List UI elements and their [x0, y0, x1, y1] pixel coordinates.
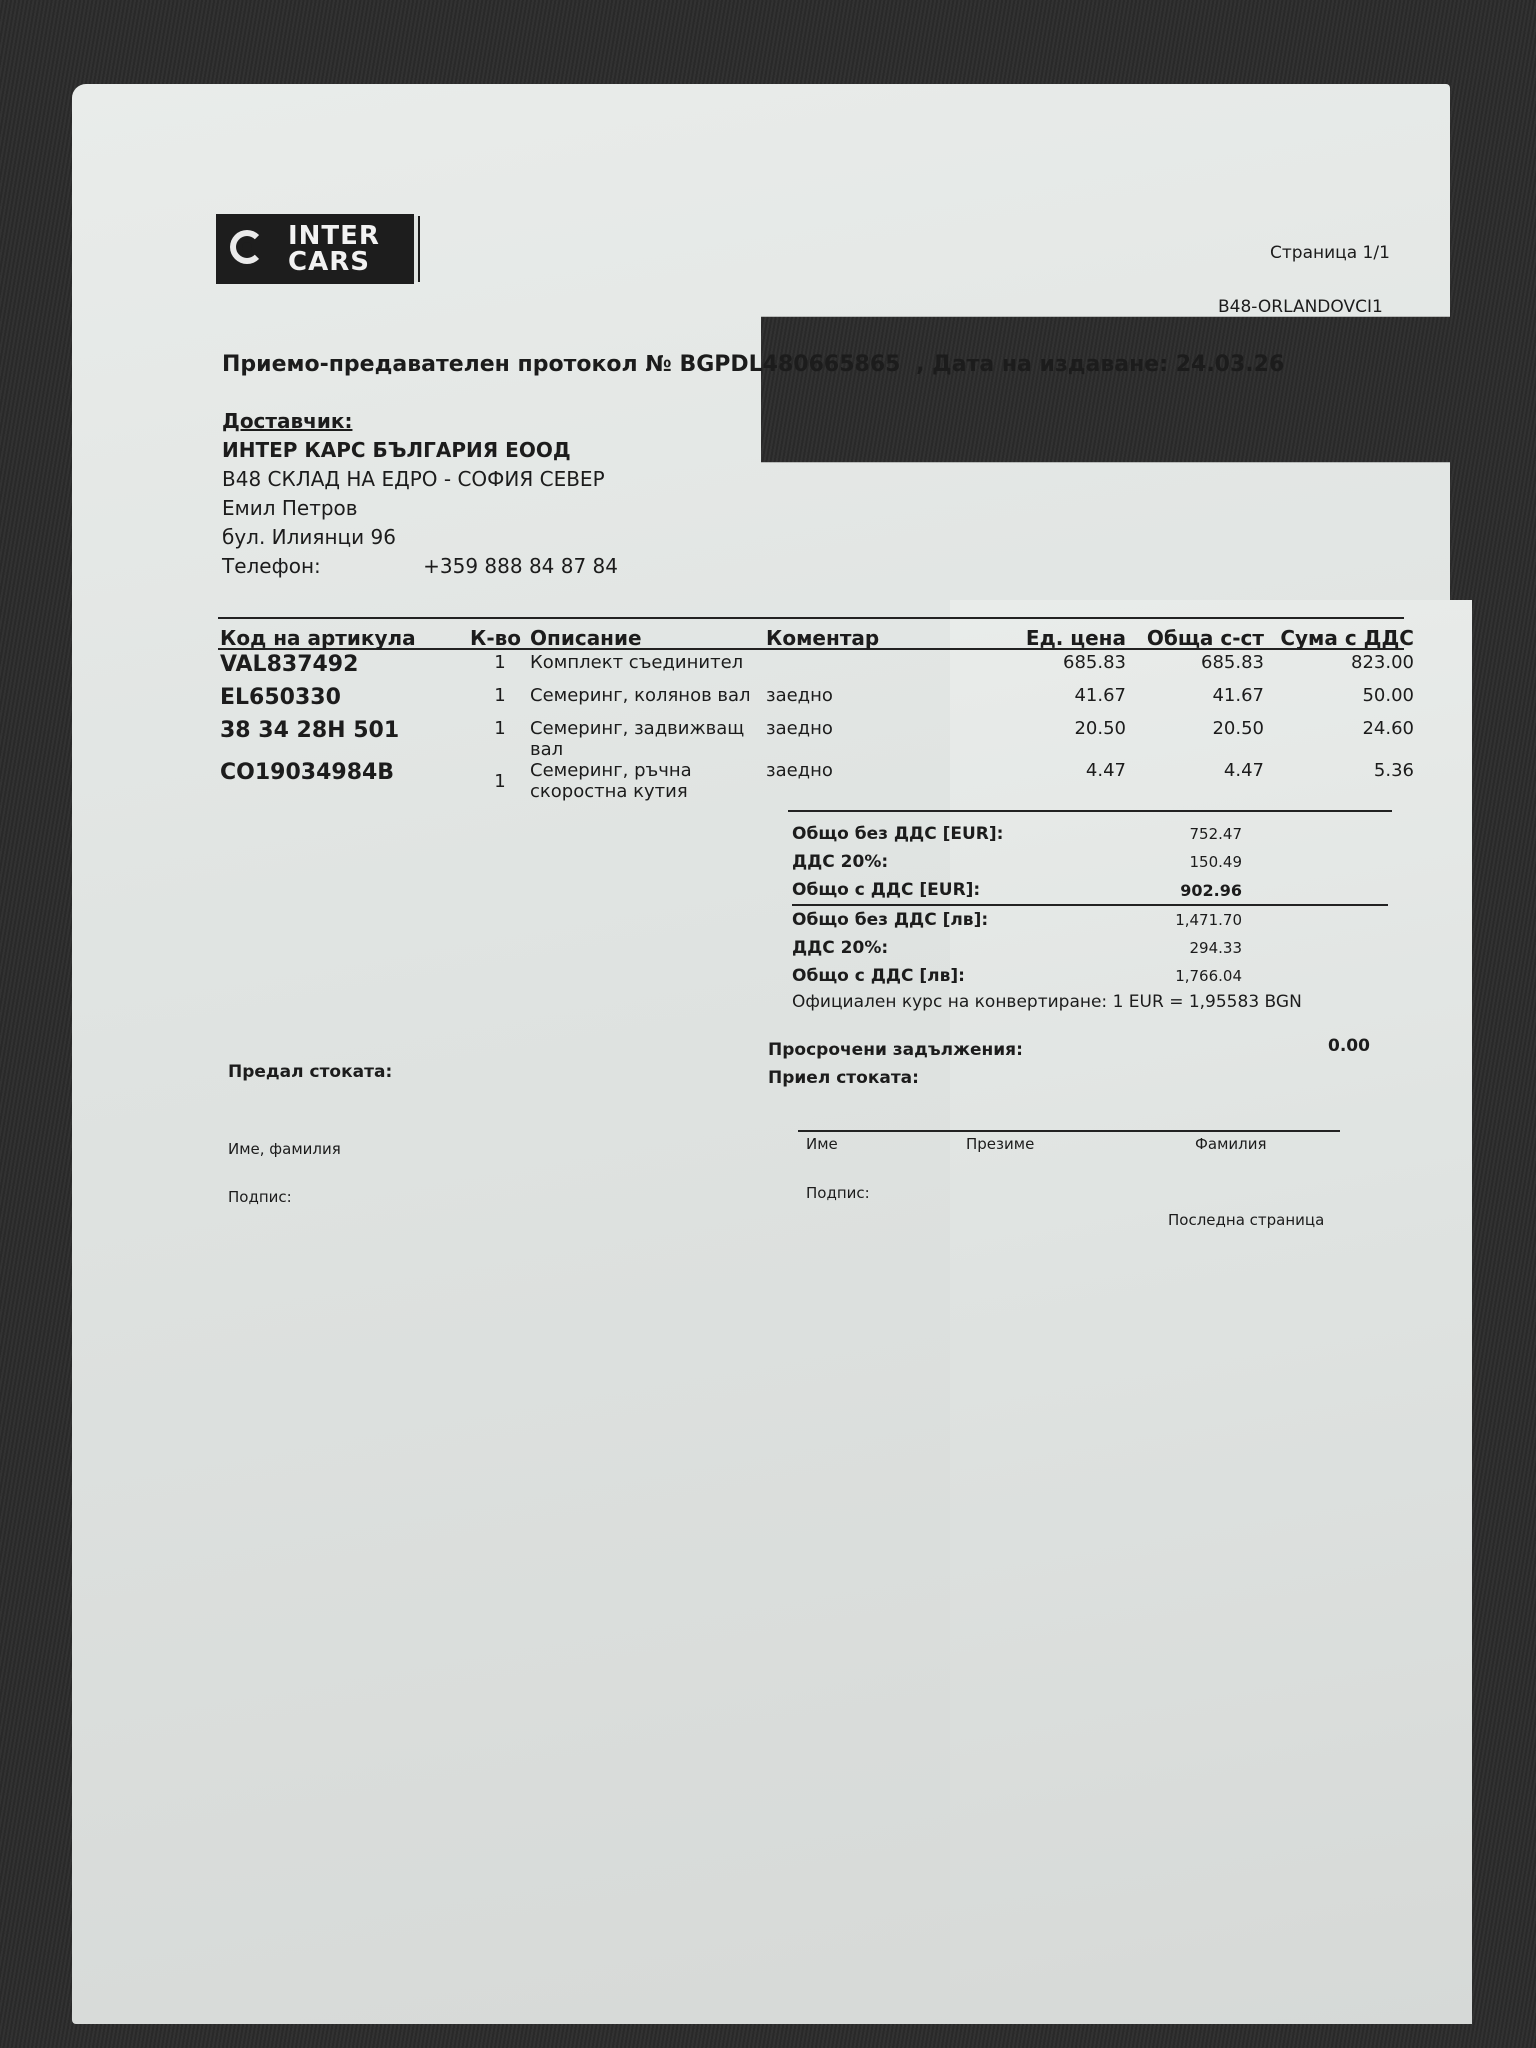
- logo-c-icon: [224, 224, 274, 274]
- title-prefix: Приемо-предавателен протокол №: [222, 352, 672, 377]
- item-unit-price: 4.47: [946, 760, 1126, 802]
- supplier-warehouse: B48 СКЛАД НА ЕДРО - СОФИЯ СЕВЕР: [222, 465, 618, 494]
- col-code: Код на артикула: [220, 620, 470, 652]
- total-label: ДДС 20%:: [792, 938, 1092, 958]
- supplier-address: бул. Илиянци 96: [222, 523, 618, 552]
- col-description: Описание: [530, 620, 766, 652]
- total-value: 150.49: [1092, 853, 1242, 871]
- total-eur-net-row: Общо без ДДС [EUR]: 752.47: [792, 820, 1388, 848]
- table-header-row: Код на артикула К-во Описание Коментар Е…: [220, 620, 1414, 652]
- item-comment: заедно: [766, 685, 946, 718]
- supplier-contact: Емил Петров: [222, 494, 618, 523]
- middle-name-label: Презиме: [966, 1135, 1034, 1153]
- total-label: ДДС 20%:: [792, 852, 1092, 872]
- issue-date: 24.03.26: [1176, 352, 1285, 377]
- protocol-number: BGPDL480665865: [679, 352, 900, 377]
- item-total-vat: 50.00: [1264, 685, 1414, 718]
- received-by-label: Приел стоката:: [768, 1068, 919, 1088]
- logo-line-1: INTER: [288, 223, 380, 249]
- supplier-company: ИНТЕР КАРС БЪЛГАРИЯ ЕООД: [222, 436, 618, 465]
- total-bgn-net-row: Общо без ДДС [лв]: 1,471.70: [792, 906, 1388, 934]
- intercars-logo: INTER CARS: [216, 214, 414, 284]
- document-sheet-fold: [950, 600, 1472, 2024]
- item-total: 4.47: [1126, 760, 1264, 802]
- total-value: 294.33: [1092, 939, 1242, 957]
- given-by-signature-label: Подпис:: [228, 1188, 292, 1206]
- given-by-label: Предал стоката:: [228, 1062, 392, 1082]
- supplier-block: Доставчик: ИНТЕР КАРС БЪЛГАРИЯ ЕООД B48 …: [222, 407, 618, 581]
- item-description: Семеринг, ръчна скоростна кутия: [530, 760, 766, 802]
- logo-line-2: CARS: [288, 249, 380, 275]
- overdue-value: 0.00: [1328, 1036, 1370, 1056]
- totals-top-rule: [788, 810, 1392, 812]
- total-value: 902.96: [1092, 881, 1242, 900]
- item-qty: 1: [470, 760, 530, 802]
- given-by-name-label: Име, фамилия: [228, 1140, 341, 1158]
- last-page-note: Последна страница: [1168, 1211, 1324, 1229]
- item-unit-price: 685.83: [946, 652, 1126, 685]
- item-description: Комплект съединител: [530, 652, 766, 685]
- item-unit-price: 41.67: [946, 685, 1126, 718]
- item-total: 685.83: [1126, 652, 1264, 685]
- table-row: 38 34 28H 501 1 Семеринг, задвижващ вал …: [220, 718, 1414, 760]
- total-value: 1,766.04: [1092, 967, 1242, 985]
- branch-code: B48-ORLANDOVCI1: [1218, 297, 1383, 317]
- document-title: Приемо-предавателен протокол № BGPDL4806…: [222, 352, 1284, 377]
- received-by-name-line: [798, 1130, 1340, 1132]
- total-label: Общо без ДДС [лв]:: [792, 910, 1092, 930]
- item-description: Семеринг, задвижващ вал: [530, 718, 766, 760]
- item-code: EL650330: [220, 685, 470, 718]
- item-description: Семеринг, колянов вал: [530, 685, 766, 718]
- total-bgn-vat-row: ДДС 20%: 294.33: [792, 934, 1388, 962]
- overdue-label: Просрочени задължения:: [768, 1040, 1023, 1060]
- col-total: Обща с-ст: [1126, 620, 1264, 652]
- total-eur-vat-row: ДДС 20%: 150.49: [792, 848, 1388, 876]
- item-description-line-2: скоростна кутия: [530, 781, 766, 802]
- item-qty: 1: [470, 718, 530, 760]
- supplier-heading: Доставчик:: [222, 407, 618, 436]
- item-unit-price: 20.50: [946, 718, 1126, 760]
- date-label: , Дата на издаване:: [916, 352, 1168, 377]
- first-name-label: Име: [806, 1135, 838, 1153]
- total-label: Общо с ДДС [EUR]:: [792, 880, 1092, 900]
- col-total-vat: Сума с ДДС: [1264, 620, 1414, 652]
- phone-label: Телефон:: [222, 554, 321, 578]
- item-comment: заедно: [766, 760, 946, 802]
- totals-block: Общо без ДДС [EUR]: 752.47 ДДС 20%: 150.…: [792, 820, 1388, 1012]
- item-code: CO19034984B: [220, 760, 470, 802]
- supplier-phone-row: Телефон: +359 888 84 87 84: [222, 552, 618, 581]
- col-unit-price: Ед. цена: [946, 620, 1126, 652]
- table-row: CO19034984B 1 Семеринг, ръчна скоростна …: [220, 760, 1414, 802]
- item-qty: 1: [470, 685, 530, 718]
- item-total-vat: 5.36: [1264, 760, 1414, 802]
- item-total-vat: 823.00: [1264, 652, 1414, 685]
- item-total: 20.50: [1126, 718, 1264, 760]
- total-eur-gross-row: Общо с ДДС [EUR]: 902.96: [792, 876, 1388, 904]
- table-row: EL650330 1 Семеринг, колянов вал заедно …: [220, 685, 1414, 718]
- total-bgn-gross-row: Общо с ДДС [лв]: 1,766.04: [792, 962, 1388, 990]
- phone-value: +359 888 84 87 84: [423, 554, 618, 578]
- item-comment: [766, 652, 946, 685]
- col-qty: К-во: [470, 620, 530, 652]
- item-total-vat: 24.60: [1264, 718, 1414, 760]
- table-top-rule: [218, 617, 1404, 619]
- received-by-signature-label: Подпис:: [806, 1184, 870, 1202]
- items-table: Код на артикула К-во Описание Коментар Е…: [220, 620, 1414, 802]
- last-name-label: Фамилия: [1195, 1135, 1267, 1153]
- item-comment: заедно: [766, 718, 946, 760]
- conversion-rate-note: Официален курс на конвертиране: 1 EUR = …: [792, 992, 1388, 1012]
- page-number: Страница 1/1: [1270, 243, 1390, 263]
- item-description-line-1: Семеринг, ръчна: [530, 760, 766, 781]
- total-label: Общо без ДДС [EUR]:: [792, 824, 1092, 844]
- item-total: 41.67: [1126, 685, 1264, 718]
- total-value: 1,471.70: [1092, 911, 1242, 929]
- total-value: 752.47: [1092, 825, 1242, 843]
- total-label: Общо с ДДС [лв]:: [792, 966, 1092, 986]
- item-qty: 1: [470, 652, 530, 685]
- table-row: VAL837492 1 Комплект съединител 685.83 6…: [220, 652, 1414, 685]
- item-code: 38 34 28H 501: [220, 718, 470, 760]
- item-code: VAL837492: [220, 652, 470, 685]
- col-comment: Коментар: [766, 620, 946, 652]
